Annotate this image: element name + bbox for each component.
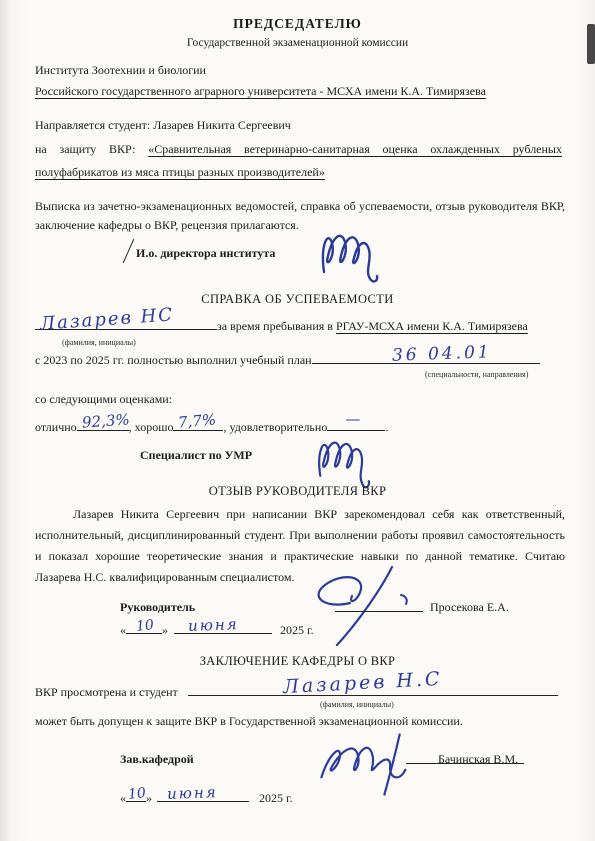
plan-text: с 2023 по 2025 гг. полностью выполнил уч…	[35, 353, 312, 367]
plan-hint: (специальности, направления)	[425, 370, 528, 379]
handwritten-day-2: 10	[127, 785, 146, 803]
conclusion-name-blank: Лазарев Н.С	[188, 682, 558, 696]
day-blank-2: 10	[126, 788, 146, 802]
umr-specialist-label: Специалист по УМР	[140, 448, 252, 463]
name-hint: (фамилия, инициалы)	[62, 338, 136, 347]
review-title: ОТЗЫВ РУКОВОДИТЕЛЯ ВКР	[0, 484, 595, 499]
good-label: , хорошо	[129, 420, 174, 434]
reviewed-text: ВКР просмотрена и студент	[35, 685, 178, 699]
satisfactory-blank: —	[327, 417, 385, 431]
handwritten-excellent-value: 92,3%	[81, 410, 130, 431]
conclusion-student-row: ВКР просмотрена и студентЛазарев Н.С	[35, 682, 558, 700]
quote-close-2: »	[146, 791, 152, 805]
supervisor-label: Руководитель	[120, 600, 195, 615]
good-blank: 7,7%	[173, 417, 223, 431]
university-short: РГАУ-МСХА имени К.А. Тимирязева	[336, 319, 528, 333]
name-blank: Лазарев НС	[35, 316, 217, 330]
handwritten-month-2: июня	[167, 783, 218, 803]
plan-blank: 36 04.01	[312, 350, 540, 364]
allowed-text: может быть допущен к защите ВКР в Госуда…	[35, 714, 463, 729]
department-head-name: Бачинская В.М.	[438, 752, 518, 767]
transcript-title: СПРАВКА ОБ УСПЕВАЕМОСТИ	[0, 292, 595, 307]
excellent-blank: 92,3%	[77, 417, 129, 431]
supervisor-sign-blank	[335, 598, 423, 612]
thesis-line: на защиту ВКР: «Сравнительная ветеринарн…	[35, 138, 562, 184]
director-signature	[315, 225, 387, 289]
institute-line: Института Зоотехнии и биологии	[35, 63, 206, 78]
university-line: Российского государственного аграрного у…	[35, 84, 486, 99]
department-head-signature	[310, 728, 434, 800]
supervisor-name: Просекова Е.А.	[430, 600, 509, 615]
supervisor-date-row: «10»июня2025 г.	[120, 620, 314, 638]
month-blank: июня	[174, 620, 272, 634]
handwritten-student-name-2: Лазарев Н.С	[282, 668, 442, 698]
pen-slash-mark	[123, 239, 134, 263]
addressee-subtitle: Государственной экзаменационной комиссии	[0, 37, 595, 49]
handwritten-month: июня	[188, 615, 239, 635]
handwritten-student-name: Лазарев НС	[39, 304, 174, 334]
handwritten-good-value: 7,7%	[178, 410, 218, 431]
grades-line-end: .	[385, 420, 388, 434]
transcript-name-row: Лазарев НСза время пребывания в РГАУ-МСХ…	[35, 316, 528, 334]
handwritten-satisfactory-dash: —	[345, 410, 360, 428]
month-blank-2: июня	[157, 788, 249, 802]
day-blank: 10	[126, 620, 162, 634]
conclusion-name-hint: (фамилия, инициалы)	[320, 700, 394, 709]
addressee-title: ПРЕДСЕДАТЕЛЮ	[0, 16, 595, 32]
conclusion-date-row: «10»июня2025 г.	[120, 788, 293, 806]
date-year-2: 2025 г.	[259, 791, 293, 805]
acting-director-label: И.о. директора института	[136, 246, 275, 261]
thesis-prefix: на защиту ВКР:	[35, 142, 148, 156]
attachments-line: Выписка из зачетно-экзаменационных ведом…	[35, 197, 565, 235]
department-head-label: Зав.кафедрой	[120, 752, 194, 767]
quote-close: »	[162, 623, 168, 637]
stay-text: за время пребывания в	[217, 319, 336, 333]
grades-intro: со следующими оценками:	[35, 392, 172, 407]
excellent-label: отлично	[35, 420, 77, 434]
handwritten-day: 10	[135, 617, 154, 635]
conclusion-title: ЗАКЛЮЧЕНИЕ КАФЕДРЫ О ВКР	[0, 654, 595, 669]
scanned-document-page: ПРЕДСЕДАТЕЛЮ Государственной экзаменацио…	[0, 0, 595, 841]
umr-specialist-signature	[312, 432, 378, 492]
student-referral-line: Направляется студент: Лазарев Никита Сер…	[35, 118, 291, 133]
date-year: 2025 г.	[280, 623, 314, 637]
handwritten-specialty-code: 36 04.01	[391, 342, 491, 365]
plan-row: с 2023 по 2025 гг. полностью выполнил уч…	[35, 350, 540, 368]
